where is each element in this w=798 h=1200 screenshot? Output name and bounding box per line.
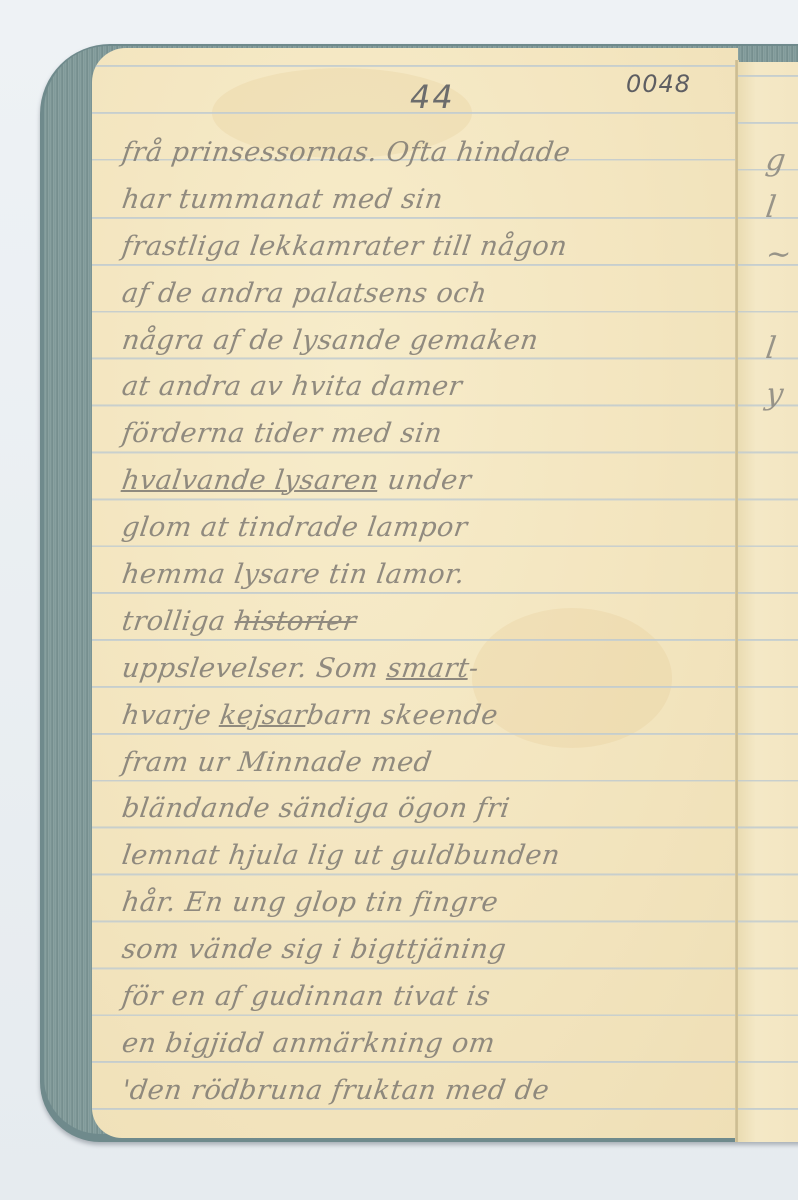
handwritten-line: uppslevelser. Som smart- [119,646,726,693]
handwritten-line: förderna tider med sin [119,411,726,458]
handwritten-line: bländande sändiga ögon fri [119,786,726,833]
notebook-left-page: 44 0048 frå prinsessornas. Ofta hindade … [92,48,738,1138]
handwritten-line: fram ur Minnade med [119,740,726,787]
handwritten-line: frastliga lekkamrater till någon [119,224,726,271]
handwritten-line: en bigjidd anmärkning om [119,1021,726,1068]
underlined-word: kejsar [218,700,309,731]
handwritten-line: hvarje kejsarbarn skeende [119,693,726,740]
handwritten-line: at andra av hvita damer [119,364,726,411]
handwritten-line: l [763,326,795,373]
handwritten-line: af de andra palatsens och [119,271,726,318]
handwritten-line: frå prinsessornas. Ofta hindade [119,130,726,177]
handwritten-line [763,279,795,326]
handwritten-line: för en af gudinnan tivat is [119,974,726,1021]
notebook-right-page: g l ~ l y [738,62,798,1142]
struck-word: historier [232,606,358,637]
page-number: 44 [410,78,455,116]
handwritten-text-partial: g l ~ l y [766,138,792,419]
handwritten-line: l [763,185,795,232]
handwritten-line: lemnat hjula lig ut guldbunden [119,833,726,880]
handwritten-line: g [763,138,795,185]
underlined-word: hvalvande lysaren [120,465,381,496]
handwritten-line: glom at tindrade lampor [119,505,726,552]
handwritten-line: hår. En ung glop tin fingre [119,880,726,927]
handwritten-line: hemma lysare tin lamor. [119,552,726,599]
handwritten-line: ~ [763,232,795,279]
archive-number: 0048 [626,70,691,98]
handwritten-line: som vände sig i bigttjäning [119,927,726,974]
handwritten-text: frå prinsessornas. Ofta hindade har tumm… [122,130,722,1115]
handwritten-line-underlined: hvalvande lysaren under [119,458,726,505]
handwritten-line: några af de lysande gemaken [119,318,726,365]
underlined-word: smart [385,653,471,684]
handwritten-line: 'den rödbruna fruktan med de [119,1068,726,1115]
handwritten-line: y [763,372,795,419]
handwritten-line: har tummanat med sin [119,177,726,224]
handwritten-line-struck: trolliga historier [119,599,726,646]
